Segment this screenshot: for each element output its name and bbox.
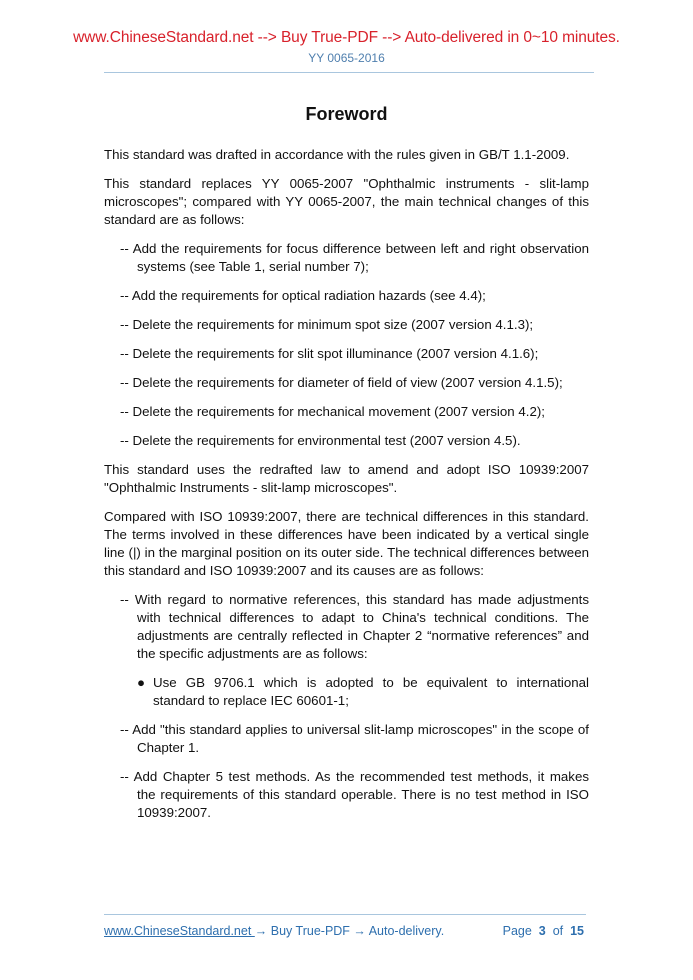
- page-of-label: of: [553, 924, 563, 938]
- header-divider: [104, 72, 594, 73]
- change-item: -- Delete the requirements for diameter …: [120, 374, 589, 392]
- page-indicator: Page 3 of 15: [503, 924, 584, 938]
- page-label: Page: [503, 924, 532, 938]
- change-item: -- Add the requirements for optical radi…: [120, 287, 589, 305]
- sub-bullet-item: ●Use GB 9706.1 which is adopted to be eq…: [137, 674, 589, 710]
- change-item: -- Delete the requirements for environme…: [120, 432, 589, 450]
- page-footer: www.ChineseStandard.net → Buy True-PDF →…: [104, 924, 586, 938]
- difference-item: -- Add "this standard applies to univers…: [120, 721, 589, 757]
- bullet-icon: ●: [137, 674, 153, 692]
- change-item: -- Delete the requirements for minimum s…: [120, 316, 589, 334]
- change-item: -- Delete the requirements for mechanica…: [120, 403, 589, 421]
- page-title: Foreword: [0, 104, 693, 125]
- document-body: This standard was drafted in accordance …: [104, 146, 589, 833]
- paragraph-technical-differences: Compared with ISO 10939:2007, there are …: [104, 508, 589, 580]
- promo-banner[interactable]: www.ChineseStandard.net --> Buy True-PDF…: [0, 29, 693, 47]
- change-item: -- Delete the requirements for slit spot…: [120, 345, 589, 363]
- paragraph-replacement: This standard replaces YY 0065-2007 "Oph…: [104, 175, 589, 229]
- footer-site-link[interactable]: www.ChineseStandard.net: [104, 924, 255, 938]
- current-page: 3: [539, 924, 546, 938]
- paragraph-drafting-rules: This standard was drafted in accordance …: [104, 146, 589, 164]
- change-item: -- Add the requirements for focus differ…: [120, 240, 589, 276]
- difference-item: -- With regard to normative references, …: [120, 591, 589, 663]
- sub-bullet-text: Use GB 9706.1 which is adopted to be equ…: [153, 675, 589, 708]
- footer-divider: [104, 914, 586, 915]
- difference-item: -- Add Chapter 5 test methods. As the re…: [120, 768, 589, 822]
- paragraph-adoption: This standard uses the redrafted law to …: [104, 461, 589, 497]
- document-id: YY 0065-2016: [0, 51, 693, 65]
- total-pages: 15: [570, 924, 584, 938]
- footer-promo-text: → Buy True-PDF → Auto-delivery.: [255, 924, 444, 938]
